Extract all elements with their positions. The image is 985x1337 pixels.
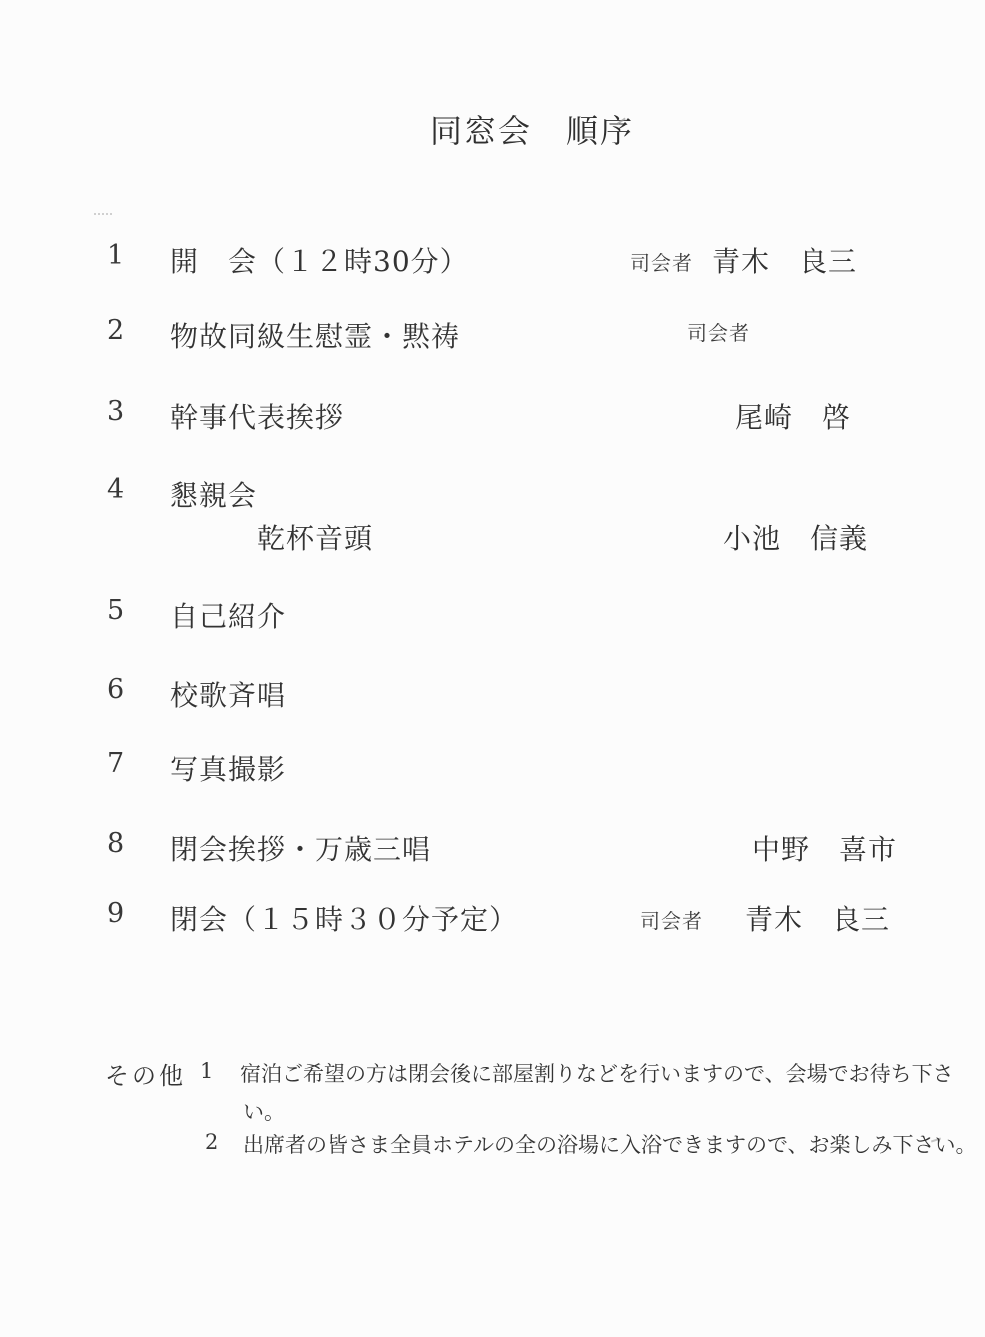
program-row-8: 8 閉会挨拶・万歳三唱 中野 喜市 xyxy=(0,828,985,870)
item-number: 6 xyxy=(107,674,124,705)
program-row-2: 2 物故同級生慰霊・黙祷 司会者 xyxy=(0,315,985,357)
page-title: 同窓会 順序 xyxy=(430,106,634,152)
notes-heading: その他 xyxy=(105,1056,186,1091)
item-label: 自己紹介 xyxy=(170,595,286,635)
note-number: 1 xyxy=(200,1059,213,1083)
item-number: 4 xyxy=(107,474,124,505)
item-number: 2 xyxy=(107,315,124,346)
program-row-7: 7 写真撮影 xyxy=(0,748,985,790)
item-number: 8 xyxy=(107,828,124,859)
person-name: 青木 良三 xyxy=(745,898,890,938)
person-name: 小池 信義 xyxy=(723,517,868,557)
item-label: 閉会挨拶・万歳三唱 xyxy=(170,828,431,868)
program-row-6: 6 校歌斉唱 xyxy=(0,674,985,716)
program-row-5: 5 自己紹介 xyxy=(0,595,985,637)
program-row-4: 4 懇親会 xyxy=(0,474,985,516)
item-label: 開 会（１２時30分） xyxy=(170,240,469,280)
note-number: 2 xyxy=(205,1130,218,1154)
item-label: 懇親会 xyxy=(170,474,257,514)
note-text-continuation: い。 xyxy=(243,1096,285,1126)
sub-item-label: 乾杯音頭 xyxy=(257,517,373,557)
mc-role-label: 司会者 xyxy=(687,317,750,346)
program-row-9: 9 閉会（１５時３０分予定） 司会者 青木 良三 xyxy=(0,898,985,940)
scan-artifact xyxy=(94,213,112,215)
reunion-program-document: 同窓会 順序 1 開 会（１２時30分） 司会者 青木 良三 2 物故同級生慰霊… xyxy=(0,0,985,1337)
item-label: 写真撮影 xyxy=(170,748,286,788)
program-row-4-sub: 乾杯音頭 小池 信義 xyxy=(0,517,985,559)
mc-role-label: 司会者 xyxy=(640,905,703,934)
item-label: 校歌斉唱 xyxy=(170,674,286,714)
item-label: 物故同級生慰霊・黙祷 xyxy=(170,315,460,355)
program-row-3: 3 幹事代表挨拶 尾崎 啓 xyxy=(0,396,985,438)
item-number: 5 xyxy=(107,595,124,626)
person-name: 中野 喜市 xyxy=(752,828,897,868)
item-number: 9 xyxy=(107,898,124,929)
mc-role-label: 司会者 xyxy=(630,247,693,276)
note-text: 宿泊ご希望の方は閉会後に部屋割りなどを行いますので、会場でお待ち下さ xyxy=(240,1058,954,1088)
item-label: 閉会（１５時３０分予定） xyxy=(170,898,518,938)
person-name: 尾崎 啓 xyxy=(735,396,851,436)
item-number: 3 xyxy=(107,396,124,427)
item-number: 7 xyxy=(107,748,124,779)
person-name: 青木 良三 xyxy=(712,240,857,280)
program-row-1: 1 開 会（１２時30分） 司会者 青木 良三 xyxy=(0,240,985,282)
note-text: 出席者の皆さま全員ホテルの全の浴場に入浴できますので、お楽しみ下さい。 xyxy=(243,1129,977,1159)
item-label: 幹事代表挨拶 xyxy=(170,396,344,436)
item-number: 1 xyxy=(107,240,124,271)
